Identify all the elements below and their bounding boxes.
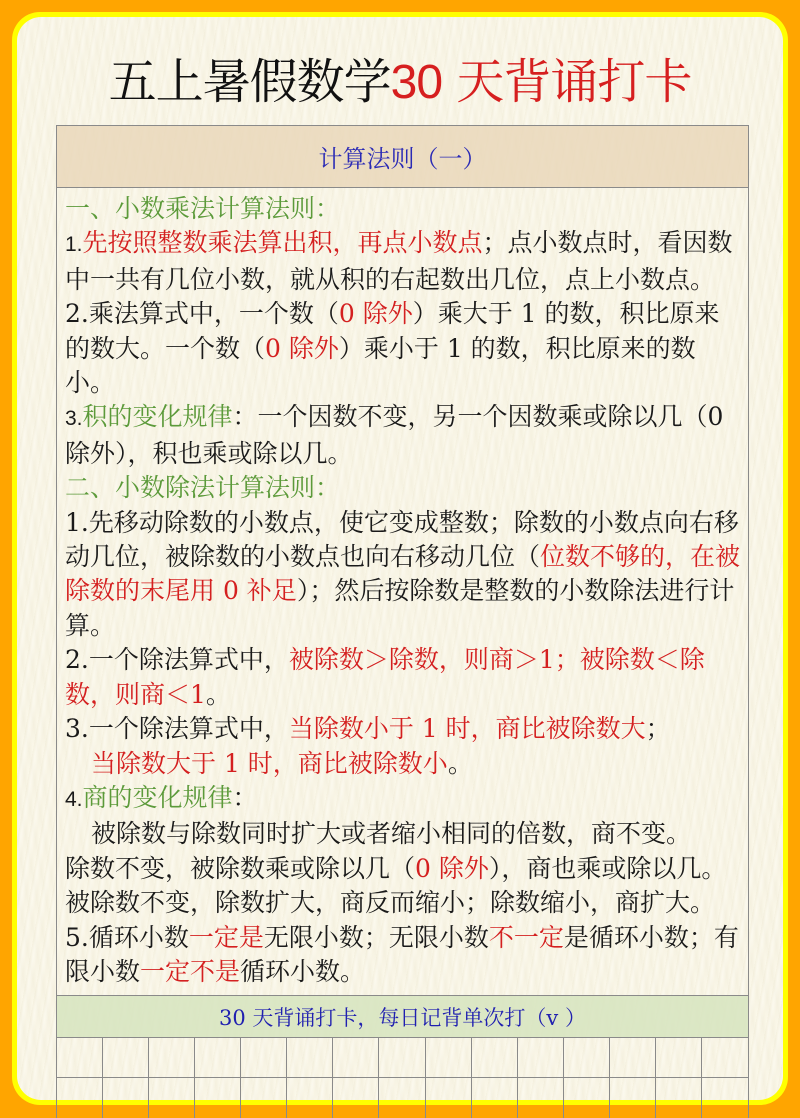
checkin-cell-day-7[interactable]: [333, 1038, 379, 1078]
checkin-cell-day-13[interactable]: [610, 1038, 656, 1078]
checkin-cell-day-3[interactable]: [149, 1038, 195, 1078]
rule-item: 3.一个除法算式中，当除数小于 1 时，商比被除数大；: [65, 712, 744, 746]
checkin-cell-day-25[interactable]: [472, 1078, 518, 1118]
checkin-cell-day-24[interactable]: [426, 1078, 472, 1118]
checkin-cell-day-27[interactable]: [564, 1078, 610, 1118]
table-header: 计算法则（一）: [57, 126, 748, 188]
checkin-cell-day-28[interactable]: [610, 1078, 656, 1118]
rule-item: 1.先移动除数的小数点，使它变成整数；除数的小数点向右移动几位，被除数的小数点也…: [65, 506, 744, 644]
checkin-cell-day-18[interactable]: [149, 1078, 195, 1118]
checkin-cell-day-30[interactable]: [702, 1078, 748, 1118]
rule-subitem: 被除数与除数同时扩大或者缩小相同的倍数，商不变。: [65, 817, 744, 851]
checkin-cell-day-16[interactable]: [57, 1078, 103, 1118]
checkin-cell-day-2[interactable]: [103, 1038, 149, 1078]
checkin-cell-day-19[interactable]: [195, 1078, 241, 1118]
content-table: 计算法则（一） 一、小数乘法计算法则： 1.先按照整数乘法算出积，再点小数点；点…: [56, 125, 749, 1118]
checkin-cell-day-23[interactable]: [379, 1078, 425, 1118]
rule-item: 1.先按照整数乘法算出积，再点小数点；点小数点时，看因数中一共有几位小数，就从积…: [65, 226, 744, 297]
rule-item: 3.积的变化规律：一个因数不变，另一个因数乘或除以几（0 除外），积也乘或除以几…: [65, 400, 744, 471]
checkin-cell-day-21[interactable]: [287, 1078, 333, 1118]
checkin-cell-day-4[interactable]: [195, 1038, 241, 1078]
checkin-cell-day-20[interactable]: [241, 1078, 287, 1118]
title-number: 30: [391, 56, 442, 109]
checkin-cell-day-11[interactable]: [518, 1038, 564, 1078]
title-black: 五上暑假数学: [109, 54, 391, 110]
checkin-cell-day-22[interactable]: [333, 1078, 379, 1118]
rule-item: 4.商的变化规律：: [65, 781, 744, 817]
checkin-cell-day-10[interactable]: [472, 1038, 518, 1078]
checkin-cell-day-5[interactable]: [241, 1038, 287, 1078]
checkin-cell-day-29[interactable]: [656, 1078, 702, 1118]
checkin-cell-day-9[interactable]: [426, 1038, 472, 1078]
checkin-cell-day-26[interactable]: [518, 1078, 564, 1118]
checkin-cell-day-6[interactable]: [287, 1038, 333, 1078]
checkin-grid: [57, 1038, 748, 1118]
content-body: 一、小数乘法计算法则： 1.先按照整数乘法算出积，再点小数点；点小数点时，看因数…: [57, 188, 748, 995]
rule-subitem: 被除数不变，除数扩大，商反而缩小；除数缩小，商扩大。: [65, 886, 744, 920]
section-heading-division: 二、小数除法计算法则：: [65, 471, 744, 505]
rule-item-continued: 当除数大于 1 时，商比被除数小。: [65, 747, 744, 781]
checkin-cell-day-12[interactable]: [564, 1038, 610, 1078]
checkin-cell-day-8[interactable]: [379, 1038, 425, 1078]
rule-item: 5.循环小数一定是无限小数；无限小数不一定是循环小数；有限小数一定不是循环小数。: [65, 921, 744, 990]
rule-item: 2.一个除法算式中，被除数＞除数，则商＞1；被除数＜除数，则商＜1。: [65, 643, 744, 712]
rule-item: 2.乘法算式中，一个数（0 除外）乘大于 1 的数，积比原来的数大。一个数（0 …: [65, 297, 744, 400]
rule-subitem: 除数不变，被除数乘或除以几（0 除外），商也乘或除以几。: [65, 852, 744, 886]
section-heading-multiplication: 一、小数乘法计算法则：: [65, 192, 744, 226]
checkin-cell-day-1[interactable]: [57, 1038, 103, 1078]
checkin-header: 30 天背诵打卡，每日记背单次打（v ）: [57, 995, 748, 1038]
checkin-cell-day-14[interactable]: [656, 1038, 702, 1078]
checkin-cell-day-15[interactable]: [702, 1038, 748, 1078]
checkin-cell-day-17[interactable]: [103, 1078, 149, 1118]
page-title: 五上暑假数学30 天背诵打卡: [0, 52, 800, 113]
title-red: 天背诵打卡: [442, 54, 691, 110]
